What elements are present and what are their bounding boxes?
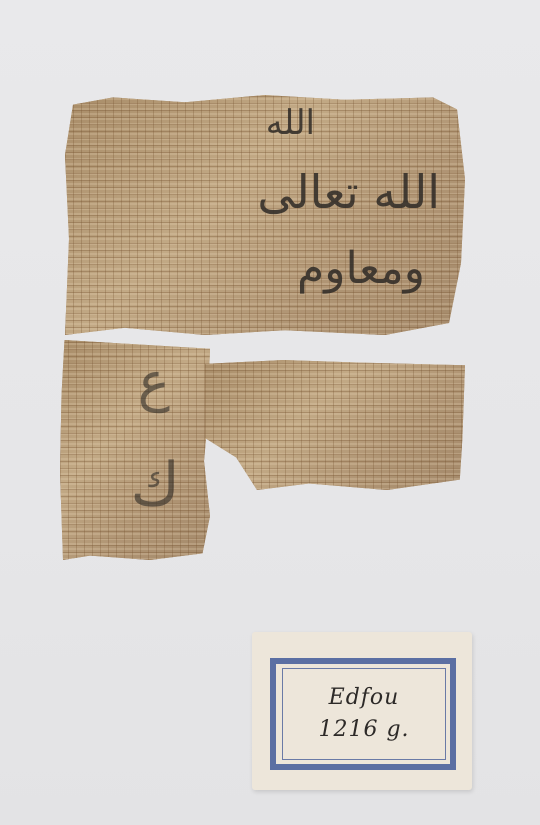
arabic-script-line: الله: [266, 103, 315, 143]
papyrus-fragment-top: الله الله تعالى ومعاوم: [65, 95, 465, 335]
papyrus-fragment-right: [205, 360, 465, 490]
museum-label: Edfou 1216 g.: [252, 632, 472, 790]
label-place: Edfou: [329, 682, 400, 714]
arabic-script-line: ومعاوم: [297, 243, 425, 294]
arabic-script-line: ع: [138, 350, 170, 413]
label-inventory-number: 1216 g.: [318, 714, 409, 746]
arabic-script-line: الله تعالى: [257, 165, 440, 219]
arabic-script-line: ك: [131, 450, 180, 520]
papyrus-fragment-left: ع ك: [60, 340, 210, 560]
label-blue-border: Edfou 1216 g.: [270, 658, 456, 770]
label-inner-frame: Edfou 1216 g.: [282, 668, 446, 760]
